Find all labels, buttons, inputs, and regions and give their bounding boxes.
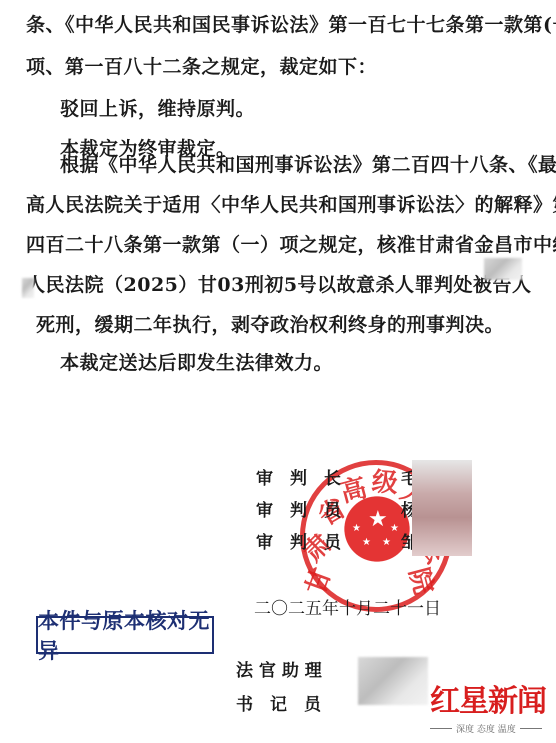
body-line-7: 四百二十八条第一款第（一）项之规定，核准甘肃省金昌市中级 <box>26 230 556 257</box>
watermark-tagline-row: 深度 态度 温度 <box>430 722 546 735</box>
presiding-judge-label: 审 判 长 <box>256 464 341 489</box>
clerk-label: 书 记 员 <box>236 690 321 715</box>
body-line-9: 死刑，缓期二年执行，剥夺政治权利终身的刑事判决。 <box>36 310 504 337</box>
body-line-5: 根据《中华人民共和国刑事诉讼法》第二百四十八条、《最 <box>60 150 556 177</box>
judge-1-label: 审 判 员 <box>256 496 341 521</box>
watermark-tagline: 深度 态度 温度 <box>456 722 516 735</box>
court-assistant-label: 法 官 助 理 <box>236 656 322 681</box>
redacted-judge-names <box>412 460 472 556</box>
redacted-defendant-name-part2 <box>22 278 34 298</box>
seal-char: 级 <box>370 461 399 500</box>
watermark-logo: 红星新闻 深度 态度 温度 <box>430 676 546 735</box>
body-line-8: 人民法院（2025）甘03刑初5号以故意杀人罪判处被告人 <box>26 270 532 297</box>
redacted-defendant-name-part1 <box>484 258 522 280</box>
effect-text: 本裁定送达后即发生法律效力。 <box>60 348 333 375</box>
body-line-1: 条、《中华人民共和国民事诉讼法》第一百七十七条第一款第(一) <box>26 10 556 37</box>
copy-verified-stamp: 本件与原本核对无异 <box>36 616 214 654</box>
watermark-brand: 红星新闻 <box>430 676 546 720</box>
body-line-6: 高人民法院关于适用〈中华人民共和国刑事诉讼法〉的解释》第 <box>26 190 556 217</box>
judge-2-label: 审 判 员 <box>256 528 341 553</box>
body-line-2: 项、第一百八十二条之规定，裁定如下： <box>26 52 377 79</box>
ruling-text: 驳回上诉，维持原判。 <box>60 94 255 121</box>
ruling-date: 二〇二五年十月二十一日 <box>254 594 441 619</box>
redacted-assistant-clerk-names <box>358 657 428 705</box>
